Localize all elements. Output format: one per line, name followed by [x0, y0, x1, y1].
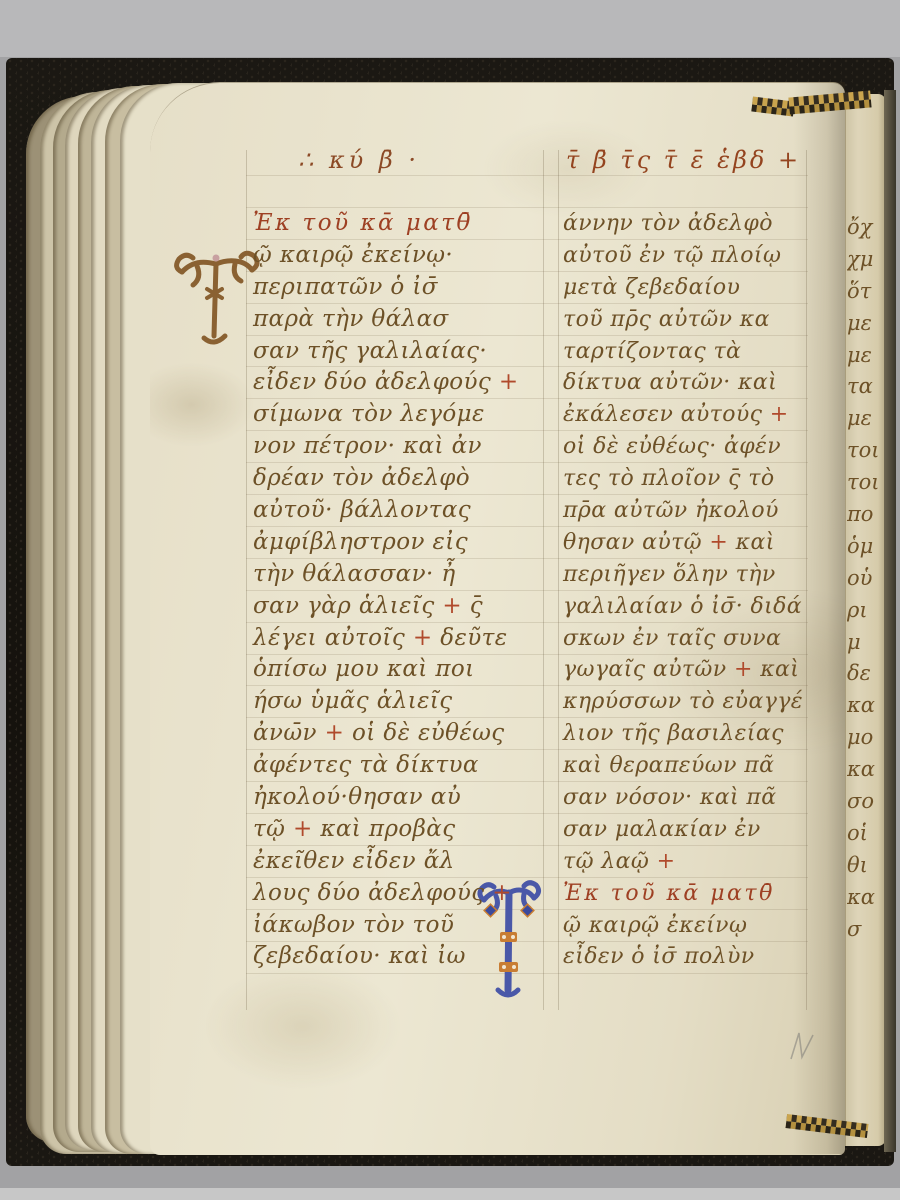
manuscript-line: καὶ θεραπεύων πᾶ — [563, 750, 809, 782]
foredge-fragment: κα — [847, 882, 883, 914]
manuscript-line: σαν μαλακίαν ἐν — [563, 814, 809, 846]
manuscript-line: σαν νόσον· καὶ πᾶ — [563, 782, 809, 814]
manuscript-line: αὐτοῦ· βάλλοντας — [253, 495, 545, 527]
manuscript-line: ῷ καιρῷ ἐκείνῳ· — [253, 240, 545, 272]
manuscript-line: οἱ δὲ εὐθέως· ἀφέν — [563, 431, 809, 463]
foredge-fragment: τοι — [847, 467, 883, 499]
manuscript-line: θησαν αὐτῷ + καὶ — [563, 527, 809, 559]
manuscript-line: σαν τῆς γαλιλαίας· — [253, 336, 545, 368]
manuscript-line: πρ̄α αὐτῶν ἠκολού — [563, 495, 809, 527]
manuscript-line: λιον τῆς βασιλείας — [563, 718, 809, 750]
foredge-text-fragments: ὄχχμὅτμεμεταμετοιτοιποὁμοὑριμδεκαμοκασοο… — [847, 212, 883, 945]
manuscript-line: Ἐκ τοῦ κᾱ ματθ̄ — [253, 208, 545, 240]
foredge-fragment: πο — [847, 499, 883, 531]
manuscript-line: δίκτυα αὐτῶν· καὶ — [563, 367, 809, 399]
manuscript-line: ἠκολού·θησαν αὐ — [253, 782, 545, 814]
ruling-line — [558, 150, 559, 1010]
foredge-fragment: θι — [847, 850, 883, 882]
manuscript-line: εἶδεν δύο ἀδελφούς + — [253, 367, 545, 399]
foredge-fragment: μ — [847, 627, 883, 659]
manuscript-line: παρὰ τὴν θάλασ — [253, 304, 545, 336]
foredge-fragment: κα — [847, 754, 883, 786]
lection-header-right: τ̄ β̄ τ̄ς τ̄ ε̄ ἑβδ + — [566, 144, 801, 176]
manuscript-line: γωγαῖς αὐτῶν + καὶ — [563, 654, 809, 686]
manuscript-line: τὴν θάλασσαν· ἦ — [253, 559, 545, 591]
foredge-fragment: με — [847, 340, 883, 372]
foredge-fragment: σ — [847, 914, 883, 946]
manuscript-line: ζεβεδαίου· καὶ ἰω — [253, 941, 545, 973]
manuscript-line: νον πέτρον· καὶ ἀν — [253, 431, 545, 463]
foredge-fragment: σο — [847, 786, 883, 818]
manuscript-line: σκων ἐν ταῖς συνα — [563, 623, 809, 655]
foredge-fragment: με — [847, 403, 883, 435]
foredge-fragment: κα — [847, 690, 883, 722]
text-column-right: άννην τὸν ἀδελφὸαὐτοῦ ἐν τῷ πλοίῳμετὰ ζε… — [563, 208, 809, 973]
manuscript-line: ἰάκωβον τὸν τοῦ — [253, 910, 545, 942]
manuscript-line: ταρτίζοντας τὰ — [563, 336, 809, 368]
background-band-bottom — [0, 1188, 900, 1200]
manuscript-line: ἐκεῖθεν εἶδεν ἄλ — [253, 846, 545, 878]
foredge-fragment: τοι — [847, 435, 883, 467]
manuscript-line: εἶδεν ὁ ἰσ̄ πολὺν — [563, 941, 809, 973]
manuscript-line: ὁπίσω μου καὶ ποι — [253, 654, 545, 686]
manuscript-line: αὐτοῦ ἐν τῷ πλοίῳ — [563, 240, 809, 272]
manuscript-line: τες τὸ πλοῖον ς̄ τὸ — [563, 463, 809, 495]
manuscript-line: Ἐκ τοῦ κᾱ ματθ̄ — [563, 878, 809, 910]
manuscript-line: ήσω ὑμᾶς ἁλιεῖς — [253, 686, 545, 718]
manuscript-line: ἀφέντες τὰ δίκτυα — [253, 750, 545, 782]
manuscript-line: σαν γὰρ ἁλιεῖς + ς̄ — [253, 591, 545, 623]
manuscript-line: σίμωνα τὸν λεγόμε — [253, 399, 545, 431]
manuscript-line: περιῆγεν ὅλην τὴν — [563, 559, 809, 591]
manuscript-line: λέγει αὐτοῖς + δεῦτε — [253, 623, 545, 655]
text-column-left: Ἐκ τοῦ κᾱ ματθ̄ῷ καιρῷ ἐκείνῳ·περιπατῶν … — [253, 208, 545, 973]
foredge-fragment: ὅτ — [847, 276, 883, 308]
manuscript-line: μετὰ ζεβεδαίου — [563, 272, 809, 304]
pencil-mark — [788, 1030, 818, 1066]
manuscript-line: ἀνω̄ν + οἱ δὲ εὐθέως — [253, 718, 545, 750]
foredge-fragment: οἱ — [847, 818, 883, 850]
foredge-fragment: δε — [847, 658, 883, 690]
manuscript-line: κηρύσσων τὸ εὐαγγέ — [563, 686, 809, 718]
foredge-fragment: τα — [847, 371, 883, 403]
manuscript-line: περιπατῶν ὁ ἰσ̄ — [253, 272, 545, 304]
manuscript-line: ἀμφίβληστρον εἰς — [253, 527, 545, 559]
manuscript-line: άννην τὸν ἀδελφὸ — [563, 208, 809, 240]
photo-stage: ∴ κύ β̄ · τ̄ β̄ τ̄ς τ̄ ε̄ ἑβδ + — [0, 0, 900, 1200]
decorated-initial-tau-brown — [170, 246, 264, 354]
manuscript-line: τῷ + καὶ προβὰς — [253, 814, 545, 846]
foredge-fragment: μο — [847, 722, 883, 754]
background-band-top — [0, 0, 900, 57]
foredge-fragment: οὑ — [847, 563, 883, 595]
manuscript-line: γαλιλαίαν ὁ ἰσ̄· διδά — [563, 591, 809, 623]
manuscript-line: ῷ καιρῷ ἐκείνῳ — [563, 910, 809, 942]
manuscript-line: τοῦ πρ̄ς αὐτῶν κα — [563, 304, 809, 336]
foredge-fragment: χμ — [847, 244, 883, 276]
manuscript-line: ἐκάλεσεν αὐτούς + — [563, 399, 809, 431]
foredge-fragment: με — [847, 308, 883, 340]
foredge-fragment: ὄχ — [847, 212, 883, 244]
page-block-shadow — [884, 90, 896, 1152]
foredge-fragment: ὁμ — [847, 531, 883, 563]
lection-header-left: ∴ κύ β̄ · — [298, 144, 420, 176]
manuscript-line: δρέαν τὸν ἀδελφὸ — [253, 463, 545, 495]
foredge-fragment: ρι — [847, 595, 883, 627]
manuscript-line: τῷ λαῷ + — [563, 846, 809, 878]
manuscript-line: λους δύο ἀδελφούς + — [253, 878, 545, 910]
